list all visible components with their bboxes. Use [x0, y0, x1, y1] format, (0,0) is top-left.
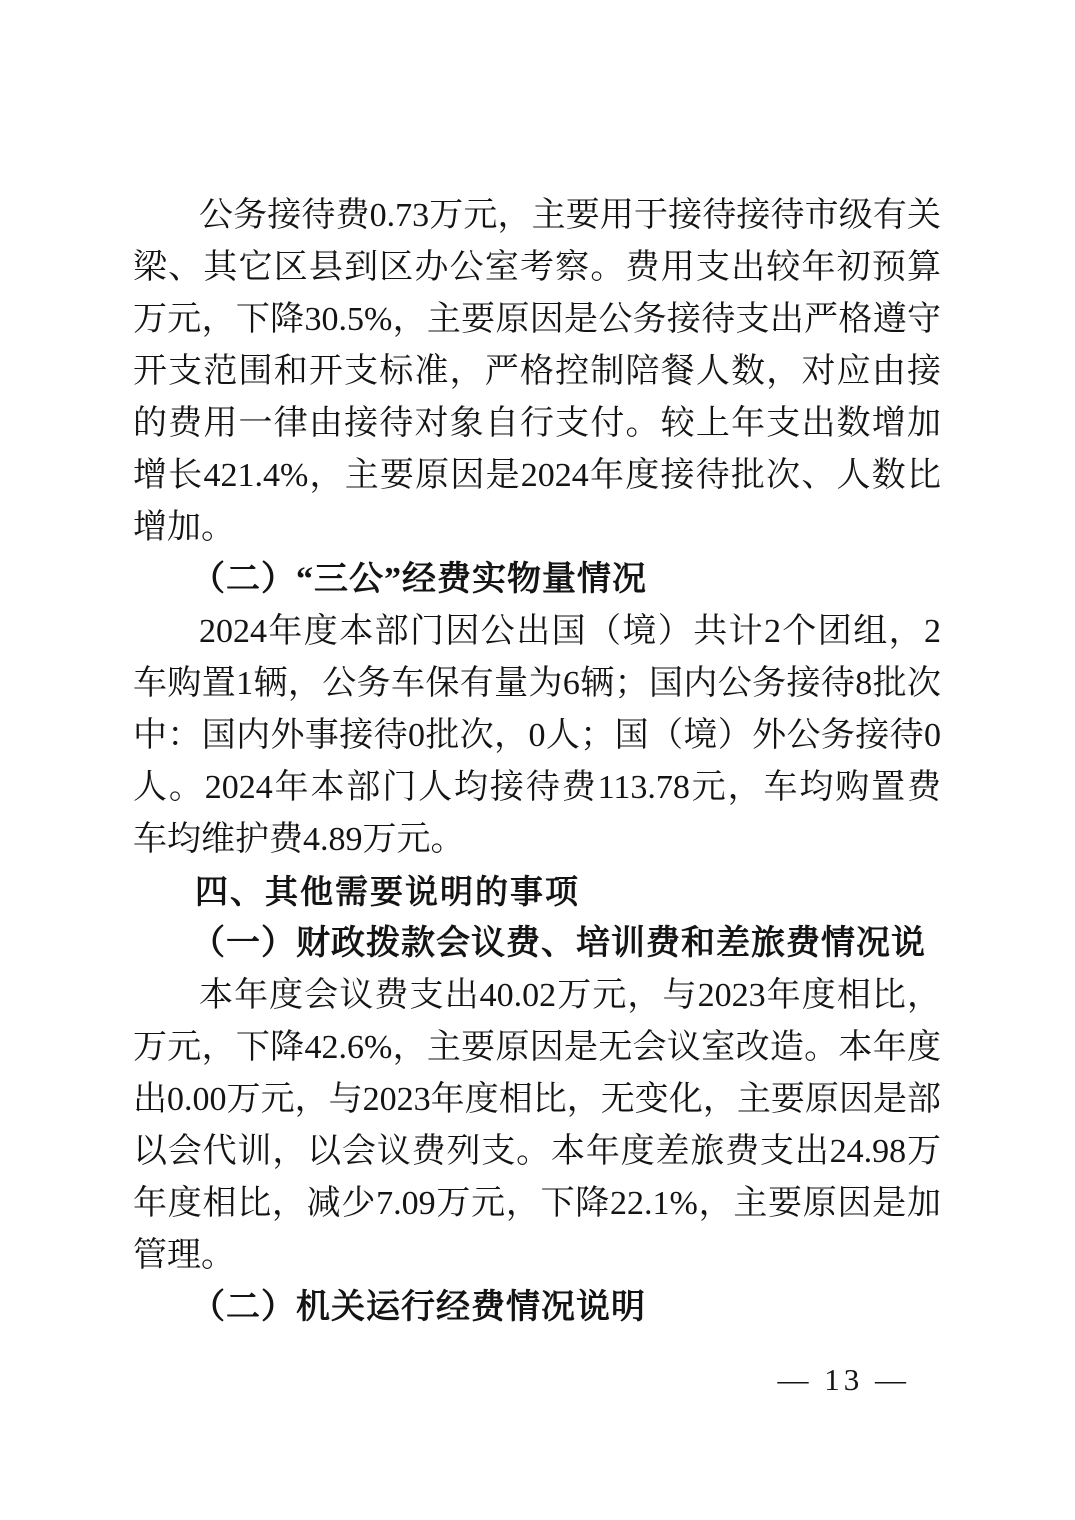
paragraph-line: 增加。: [133, 502, 941, 554]
paragraph-line: 中：国内外事接待0批次，0人；国（境）外公务接待0批次，0: [133, 710, 941, 762]
paragraph-line: 梁、其它区县到区办公室考察。费用支出较年初预算数减少0.32: [133, 242, 941, 294]
paragraph-line: 开支范围和开支标准，严格控制陪餐人数，对应由接待对象承担: [133, 346, 941, 398]
paragraph-line: 出0.00万元，与2023年度相比，无变化，主要原因是部分培训是: [133, 1074, 941, 1126]
document-page: 公务接待费0.73万元，主要用于接待接待市级有关部门莅 梁、其它区县到区办公室考…: [0, 0, 1075, 1520]
paragraph-line: 以会代训，以会议费列支。本年度差旅费支出24.98万元，与2023: [133, 1126, 941, 1178]
heading-sangong-physical: （二）“三公”经费实物量情况: [133, 554, 941, 606]
paragraph-line: 车购置1辆，公务车保有量为6辆；国内公务接待8批次64人，其: [133, 658, 941, 710]
heading-operating-expenses: （二）机关运行经费情况说明: [133, 1282, 941, 1334]
paragraph-line: 增长421.4%，主要原因是2024年度接待批次、人数比2023年度有: [133, 450, 941, 502]
paragraph-line: 公务接待费0.73万元，主要用于接待接待市级有关部门莅: [133, 190, 941, 242]
heading-meeting-training-travel: （一）财政拨款会议费、培训费和差旅费情况说明: [133, 918, 941, 970]
paragraph-line: 人。2024年本部门人均接待费113.78元，车均购置费24.98万元，: [133, 762, 941, 814]
paragraph-line: 万元，下降30.5%，主要原因是公务接待支出严格遵守公务接待: [133, 294, 941, 346]
document-text-block: 公务接待费0.73万元，主要用于接待接待市级有关部门莅 梁、其它区县到区办公室考…: [133, 190, 941, 1334]
paragraph-line: 车均维护费4.89万元。: [133, 814, 941, 866]
paragraph-line: 管理。: [133, 1230, 941, 1282]
paragraph-line: 本年度会议费支出40.02万元，与2023年度相比，减少29.64: [133, 970, 941, 1022]
paragraph-line: 2024年度本部门因公出国（境）共计2个团组，2人；公务用: [133, 606, 941, 658]
paragraph-line: 万元，下降42.6%，主要原因是无会议室改造。本年度培训费支: [133, 1022, 941, 1074]
paragraph-line: 的费用一律由接待对象自行支付。较上年支出数增加0.59万元，: [133, 398, 941, 450]
paragraph-line: 年度相比，减少7.09万元，下降22.1%，主要原因是加强差旅费: [133, 1178, 941, 1230]
heading-other-matters: 四、其他需要说明的事项: [133, 866, 941, 918]
page-number: — 13 —: [0, 1362, 1075, 1398]
